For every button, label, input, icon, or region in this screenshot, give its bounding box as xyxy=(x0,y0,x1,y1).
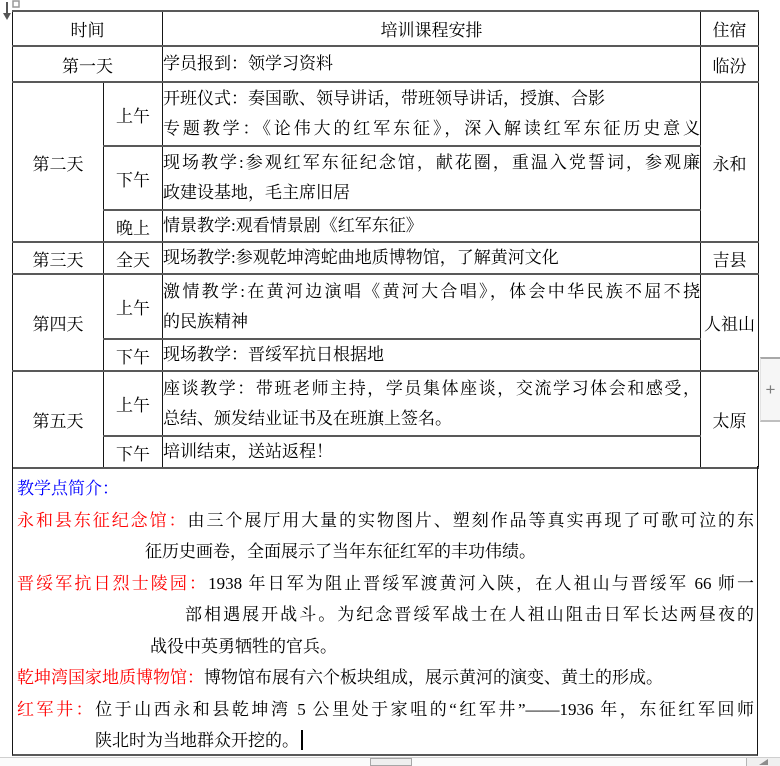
intro-section[interactable]: 教学点简介： 永和县东征纪念馆：由三个展厅用大量的实物图片、塑刻作品等真实再现了… xyxy=(12,466,758,756)
intro-p4-text: 位于山西永和县乾坤湾 5 公里处于家咀的“红军井”——1936 年，东征红军回师 xyxy=(95,700,754,719)
course-line: 政建设基地，毛主席旧居 xyxy=(163,178,700,208)
horizontal-scrollbar[interactable] xyxy=(0,757,780,766)
text-cursor xyxy=(301,730,303,750)
intro-p3-label: 乾坤湾国家地质博物馆： xyxy=(17,668,204,687)
course-line: 开班仪式：奏国歌、领导讲话，带班领导讲话，授旗、合影 xyxy=(163,84,700,114)
plus-icon: + xyxy=(766,380,776,400)
day5-am-course[interactable]: 座谈教学：带班老师主持，学员集体座谈，交流学习体会和感受， 总结、颁发结业证书及… xyxy=(163,371,701,436)
scrollbar-thumb[interactable] xyxy=(370,758,412,766)
header-course[interactable]: 培训课程安排 xyxy=(163,11,701,46)
intro-p4-line1: 红军井：位于山西永和县乾坤湾 5 公里处于家咀的“红军井”——1936 年，东征… xyxy=(17,694,754,726)
day1-lodging[interactable]: 临汾 xyxy=(701,46,759,82)
intro-p1-line2: 征历史画卷，全面展示了当年东征红军的丰功伟绩。 xyxy=(17,536,754,568)
table-row-day4-am: 第四天 上午 激情教学:在黄河边演唱《黄河大合唱》，体会中华民族不屈不挠 的民族… xyxy=(13,274,759,339)
day4-label[interactable]: 第四天 xyxy=(13,274,104,371)
table-row-day4-pm: 下午 现场教学：晋绥军抗日根据地 xyxy=(13,339,759,371)
intro-p2-text: 1938 年日军为阻止晋绥军渡黄河入陕，在人祖山与晋绥军 66 师一 xyxy=(208,574,754,593)
day1-label[interactable]: 第一天 xyxy=(13,46,163,82)
header-lodging[interactable]: 住宿 xyxy=(701,11,759,46)
day2-lodging[interactable]: 永和 xyxy=(701,82,759,242)
table-row-day2-pm: 下午 现场教学:参观红军东征纪念馆，献花圈，重温入党誓词，参观廉 政建设基地，毛… xyxy=(13,146,759,210)
day2-am-course[interactable]: 开班仪式：奏国歌、领导讲话，带班领导讲话，授旗、合影 专题教学：《论伟大的红军东… xyxy=(163,82,701,146)
day3-lodging[interactable]: 吉县 xyxy=(701,242,759,274)
intro-p1-text: 由三个展厅用大量的实物图片、塑刻作品等真实再现了可歌可泣的东 xyxy=(188,511,754,530)
intro-p4-label: 红军井： xyxy=(17,700,95,719)
day5-pm-course[interactable]: 培训结束，送站返程！ xyxy=(163,436,701,468)
intro-p3-line1: 乾坤湾国家地质博物馆：博物馆布展有六个板块组成，展示黄河的演变、黄土的形成。 xyxy=(17,662,754,694)
add-row-plus-button[interactable]: + xyxy=(760,357,780,422)
day4-am-course[interactable]: 激情教学:在黄河边演唱《黄河大合唱》，体会中华民族不屈不挠 的民族精神 xyxy=(163,274,701,339)
day2-am-period[interactable]: 上午 xyxy=(104,82,163,146)
scrollbar-corner xyxy=(746,758,780,766)
day4-lodging[interactable]: 人祖山 xyxy=(701,274,759,371)
intro-p4-text2: 陕北时为当地群众开挖的。 xyxy=(95,731,299,750)
day5-lodging[interactable]: 太原 xyxy=(701,371,759,468)
day4-am-period[interactable]: 上午 xyxy=(104,274,163,339)
day2-pm-period[interactable]: 下午 xyxy=(104,146,163,210)
table-row-day1: 第一天 学员报到：领学习资料 临汾 xyxy=(13,46,759,82)
intro-p2-label: 晋绥军抗日烈士陵园： xyxy=(17,574,208,593)
day2-eve-period[interactable]: 晚上 xyxy=(104,210,163,242)
header-time[interactable]: 时间 xyxy=(13,11,163,46)
resize-grip-icon xyxy=(759,759,768,765)
day3-course[interactable]: 现场教学:参观乾坤湾蛇曲地质博物馆，了解黄河文化 xyxy=(163,242,701,274)
course-line: 座谈教学：带班老师主持，学员集体座谈，交流学习体会和感受， xyxy=(163,374,700,404)
day2-eve-course[interactable]: 情景教学:观看情景剧《红军东征》 xyxy=(163,210,701,242)
intro-heading-text: 教学点简介： xyxy=(17,479,119,498)
day5-am-period[interactable]: 上午 xyxy=(104,371,163,436)
day4-pm-period[interactable]: 下午 xyxy=(104,339,163,371)
course-line: 现场教学:参观红军东征纪念馆，献花圈，重温入党誓词，参观廉 xyxy=(163,148,700,178)
intro-p2-line3: 战役中英勇牺牲的官兵。 xyxy=(17,631,754,663)
course-line: 专题教学：《论伟大的红军东征》，深入解读红军东征历史意义 xyxy=(163,114,700,144)
table-row-day3: 第三天 全天 现场教学:参观乾坤湾蛇曲地质博物馆，了解黄河文化 吉县 xyxy=(13,242,759,274)
table-row-day5-pm: 下午 培训结束，送站返程！ xyxy=(13,436,759,468)
table-header-row: 时间 培训课程安排 住宿 xyxy=(13,11,759,46)
day3-label[interactable]: 第三天 xyxy=(13,242,104,274)
table-row-day5-am: 第五天 上午 座谈教学：带班老师主持，学员集体座谈，交流学习体会和感受， 总结、… xyxy=(13,371,759,436)
day2-pm-course[interactable]: 现场教学:参观红军东征纪念馆，献花圈，重温入党誓词，参观廉 政建设基地，毛主席旧… xyxy=(163,146,701,210)
table-row-day2-am: 第二天 上午 开班仪式：奏国歌、领导讲话，带班领导讲话，授旗、合影 专题教学：《… xyxy=(13,82,759,146)
day3-period[interactable]: 全天 xyxy=(104,242,163,274)
table-row-day2-eve: 晚上 情景教学:观看情景剧《红军东征》 xyxy=(13,210,759,242)
course-line: 的民族精神 xyxy=(163,307,700,337)
intro-heading: 教学点简介： xyxy=(17,473,754,505)
intro-p4-line2: 陕北时为当地群众开挖的。 xyxy=(17,725,754,756)
intro-p1-label: 永和县东征纪念馆： xyxy=(17,511,188,530)
day2-label[interactable]: 第二天 xyxy=(13,82,104,242)
day4-pm-course[interactable]: 现场教学：晋绥军抗日根据地 xyxy=(163,339,701,371)
day5-label[interactable]: 第五天 xyxy=(13,371,104,468)
day1-course[interactable]: 学员报到：领学习资料 xyxy=(163,46,701,82)
course-line: 激情教学:在黄河边演唱《黄河大合唱》，体会中华民族不屈不挠 xyxy=(163,277,700,307)
document-page: 时间 培训课程安排 住宿 第一天 学员报到：领学习资料 临汾 第二天 上午 开班… xyxy=(0,0,780,766)
intro-p1-line1: 永和县东征纪念馆：由三个展厅用大量的实物图片、塑刻作品等真实再现了可歌可泣的东 xyxy=(17,505,754,537)
intro-p2-line1: 晋绥军抗日烈士陵园：1938 年日军为阻止晋绥军渡黄河入陕，在人祖山与晋绥军 6… xyxy=(17,568,754,600)
course-line: 总结、颁发结业证书及在班旗上签名。 xyxy=(163,404,700,434)
schedule-table: 时间 培训课程安排 住宿 第一天 学员报到：领学习资料 临汾 第二天 上午 开班… xyxy=(12,10,759,469)
day5-pm-period[interactable]: 下午 xyxy=(104,436,163,468)
intro-p3-text: 博物馆布展有六个板块组成，展示黄河的演变、黄土的形成。 xyxy=(204,668,663,687)
intro-p2-line2: 部相遇展开战斗。为纪念晋绥军战士在人祖山阻击日军长达两昼夜的 xyxy=(17,599,754,631)
